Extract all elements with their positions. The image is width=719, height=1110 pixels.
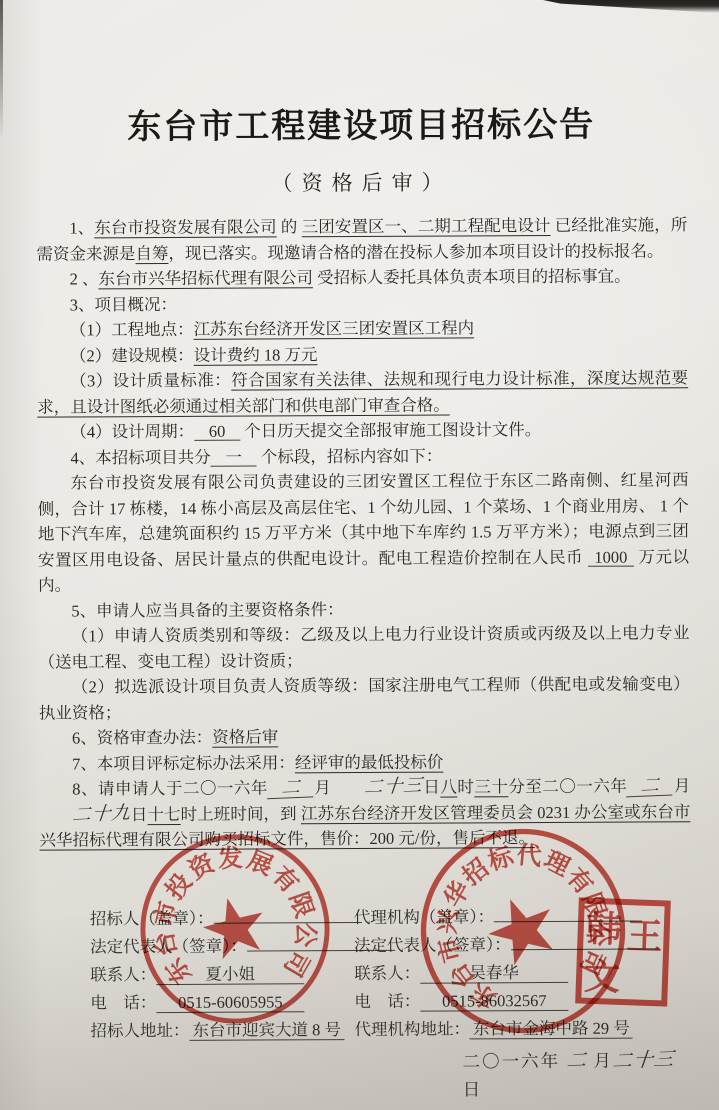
paragraph: 4、本招标项目共分一 个标段，招标内容如下：	[37, 442, 688, 471]
paragraph: 5、申请人应当具备的主要资格条件：	[38, 595, 689, 624]
signature-value	[494, 920, 642, 922]
underlined-text: 设计费约 18 万元	[194, 345, 318, 365]
text-segment: 月	[587, 1050, 613, 1070]
text-segment: 二〇一六年	[463, 1050, 567, 1071]
announcement-date: 二〇一六年 二 月二十三日	[355, 1046, 692, 1104]
text-segment: （1）工程地点：	[70, 320, 194, 340]
text-segment: 日	[463, 1079, 483, 1099]
underlined-text: 十七	[147, 804, 180, 823]
signature-row: 招标人地址：东台市迎宾大道 8 号	[90, 1016, 346, 1045]
text-segment: 1、	[69, 218, 94, 237]
agency-signature-block: 代理机构（盖章）：法定代表人（签章）：联系人：吴春华电 话：0515-86032…	[346, 902, 692, 1104]
underlined-text: 东台市投资发展有限公司	[94, 217, 277, 237]
document-content: 东台市工程建设项目招标公告 （资格后审） 1、东台市投资发展有限公司 的 三团安…	[0, 0, 719, 1110]
paragraph: 1、东台市投资发展有限公司 的 三团安置区一、二期工程配电设计 已经批准实施，所…	[36, 212, 687, 266]
signature-value: 0515-86032567	[420, 991, 568, 1011]
text-segment: （2）建设规模：	[70, 345, 194, 365]
text-segment: 3、项目概况：	[70, 294, 177, 314]
handwritten-text: 二十九	[38, 800, 132, 829]
text-segment: 的	[277, 217, 302, 236]
paragraph: 6、资格审查办法：资格后审	[39, 722, 690, 751]
signature-value: 0515-60605955	[156, 993, 304, 1013]
signature-label: 联系人：	[90, 965, 156, 984]
text-segment: 时上班时间，到	[181, 804, 301, 824]
signature-label: 法定代表人（签章）：	[90, 936, 247, 956]
underlined-text: 1000	[588, 548, 634, 567]
paragraph: （4）设计周期：60 个日历天提交全部报审施工图设计文件。	[37, 416, 688, 445]
agency-signature-rows: 代理机构（盖章）：法定代表人（签章）：联系人：吴春华电 话：0515-86032…	[354, 902, 692, 1044]
underlined-text: 资格后审	[212, 727, 278, 746]
signature-value	[214, 921, 362, 923]
paragraph: 8、请申请人于二〇一六年二月二十三日八时三十分至二〇一六年二月二十九日十七时上班…	[39, 773, 690, 853]
handwritten-text: 二	[565, 1046, 588, 1075]
paragraph: （2）建设规模：设计费约 18 万元	[37, 340, 688, 369]
signature-value: 吴春华	[420, 963, 568, 983]
underlined-text: 一	[211, 448, 257, 467]
text-segment: （1）申请人资质类别和等级：乙级及以上电力行业设计资质或丙级及以上电力专业（送电…	[39, 623, 690, 671]
text-segment: 日	[423, 778, 441, 797]
signature-label: 法定代表人（签章）：	[354, 935, 511, 955]
paragraph: （2）拟选派设计项目负责人资质等级：国家注册电气工程师（供配电或发输变电）执业资…	[39, 671, 690, 725]
underlined-text: 八	[440, 777, 457, 796]
signature-row: 法定代表人（签章）：	[354, 930, 691, 960]
text-segment: 6、资格审查办法：	[72, 728, 212, 748]
signature-label: 招标人地址：	[90, 1020, 189, 1040]
bidder-signature-block: 招标人（盖章）：法定代表人（签章）：联系人：夏小姐电 话：0515-606059…	[40, 904, 347, 1106]
text-segment: 日	[131, 805, 148, 824]
text-segment: 个日历天提交全部报审施工图设计文件。	[240, 420, 541, 441]
text-segment: 2 、	[70, 269, 99, 288]
signature-row: 联系人：夏小姐	[90, 960, 346, 989]
paragraph: 7、本项目评标定标办法采用：经评审的最低投标价	[39, 748, 690, 777]
signature-row: 招标人（盖章）：	[90, 904, 346, 933]
paragraph: 东台市投资发展有限公司负责建设的三团安置区工程位于东区二路南侧、红星河西侧，合计…	[38, 467, 690, 598]
handwritten-text: 二十三	[330, 773, 424, 802]
underlined-text: 经评审的最低投标价	[295, 752, 444, 772]
signature-value: 夏小姐	[156, 965, 304, 985]
underlined-text: 东台市兴华招标代理有限公司	[98, 268, 313, 288]
signature-label: 联系人：	[354, 963, 420, 982]
paragraph: （1）申请人资质类别和等级：乙级及以上电力行业设计资质或丙级及以上电力专业（送电…	[38, 620, 689, 674]
document-body: 1、东台市投资发展有限公司 的 三团安置区一、二期工程配电设计 已经批准实施，所…	[36, 212, 690, 853]
text-segment: 8、请申请人于二〇一六年	[72, 778, 268, 798]
text-segment: 5、申请人应当具备的主要资格条件：	[71, 600, 343, 620]
underlined-text: 60	[194, 423, 240, 442]
signature-row: 电 话：0515-86032567	[354, 986, 691, 1016]
signature-label: 代理机构地址：	[354, 1019, 470, 1039]
signature-row: 法定代表人（签章）：	[90, 932, 346, 961]
signature-label: 电 话：	[354, 991, 420, 1010]
paragraph: （1）工程地点：江苏东台经济开发区三团安置区工程内	[37, 314, 688, 343]
underlined-text: 三团安置区一、二期工程配电设计	[302, 216, 551, 236]
text-segment: （3）设计质量标准：	[70, 371, 231, 391]
signature-row: 代理机构地址：东台市金海中路 29 号	[354, 1014, 691, 1044]
underlined-text: 三十	[474, 777, 508, 796]
text-segment: 时	[457, 777, 474, 796]
photo-edge-shadow	[0, 0, 3, 140]
text-segment: （4）设计周期：	[70, 422, 194, 442]
paragraph: 2 、东台市兴华招标代理有限公司 受招标人委托具体负责本项目的招标事宜。	[36, 263, 687, 292]
text-segment: 7、本项目评标定标办法采用：	[72, 753, 295, 773]
text-segment: 分至二〇一六年	[508, 777, 627, 797]
signature-value	[511, 948, 659, 950]
signature-row: 联系人：吴春华	[354, 958, 691, 988]
paragraph: 3、项目概况：	[37, 289, 688, 318]
signature-label: 代理机构（盖章）：	[354, 907, 494, 927]
document-title: 东台市工程建设项目招标公告	[36, 96, 687, 148]
photographed-document: 东台市工程建设项目招标公告 （资格后审） 1、东台市投资发展有限公司 的 三团安…	[0, 0, 719, 1110]
signature-label: 电 话：	[90, 993, 156, 1012]
text-segment: 4、本招标项目共分	[70, 447, 210, 467]
handwritten-text: 二十三	[611, 1045, 676, 1075]
text-segment: 月	[314, 778, 332, 797]
underlined-text: 自筹	[135, 243, 168, 262]
text-segment: 月	[673, 776, 690, 795]
paragraph: （3）设计质量标准：符合国家有关法律、法规和现行电力设计标准，深度达规范要求，且…	[37, 365, 688, 419]
signature-value: 东台市金海中路 29 号	[470, 1019, 633, 1039]
signature-label: 招标人（盖章）：	[90, 908, 214, 928]
text-segment: ，现已落实。现邀请合格的潜在投标人参加本项目设计的投标报名。	[168, 241, 663, 263]
signature-row: 电 话：0515-60605955	[90, 988, 346, 1017]
signature-row: 代理机构（盖章）：	[354, 902, 691, 932]
document-subtitle: （资格后审）	[36, 165, 687, 198]
text-segment: 受招标人委托具体负责本项目的招标事宜。	[313, 267, 631, 288]
text-segment: （2）拟选派设计项目负责人资质等级：国家注册电气工程师（供配电或发输变电）执业资…	[39, 674, 690, 722]
handwritten-text: 二	[267, 777, 315, 799]
signature-value: 东台市迎宾大道 8 号	[189, 1021, 344, 1041]
signature-section: 招标人（盖章）：法定代表人（签章）：联系人：夏小姐电 话：0515-606059…	[40, 902, 692, 1105]
underlined-text: 江苏东台经济开发区三团安置区工程内	[194, 318, 475, 338]
handwritten-text: 二	[626, 776, 674, 798]
text-segment: 个标段，招标内容如下：	[257, 446, 443, 466]
